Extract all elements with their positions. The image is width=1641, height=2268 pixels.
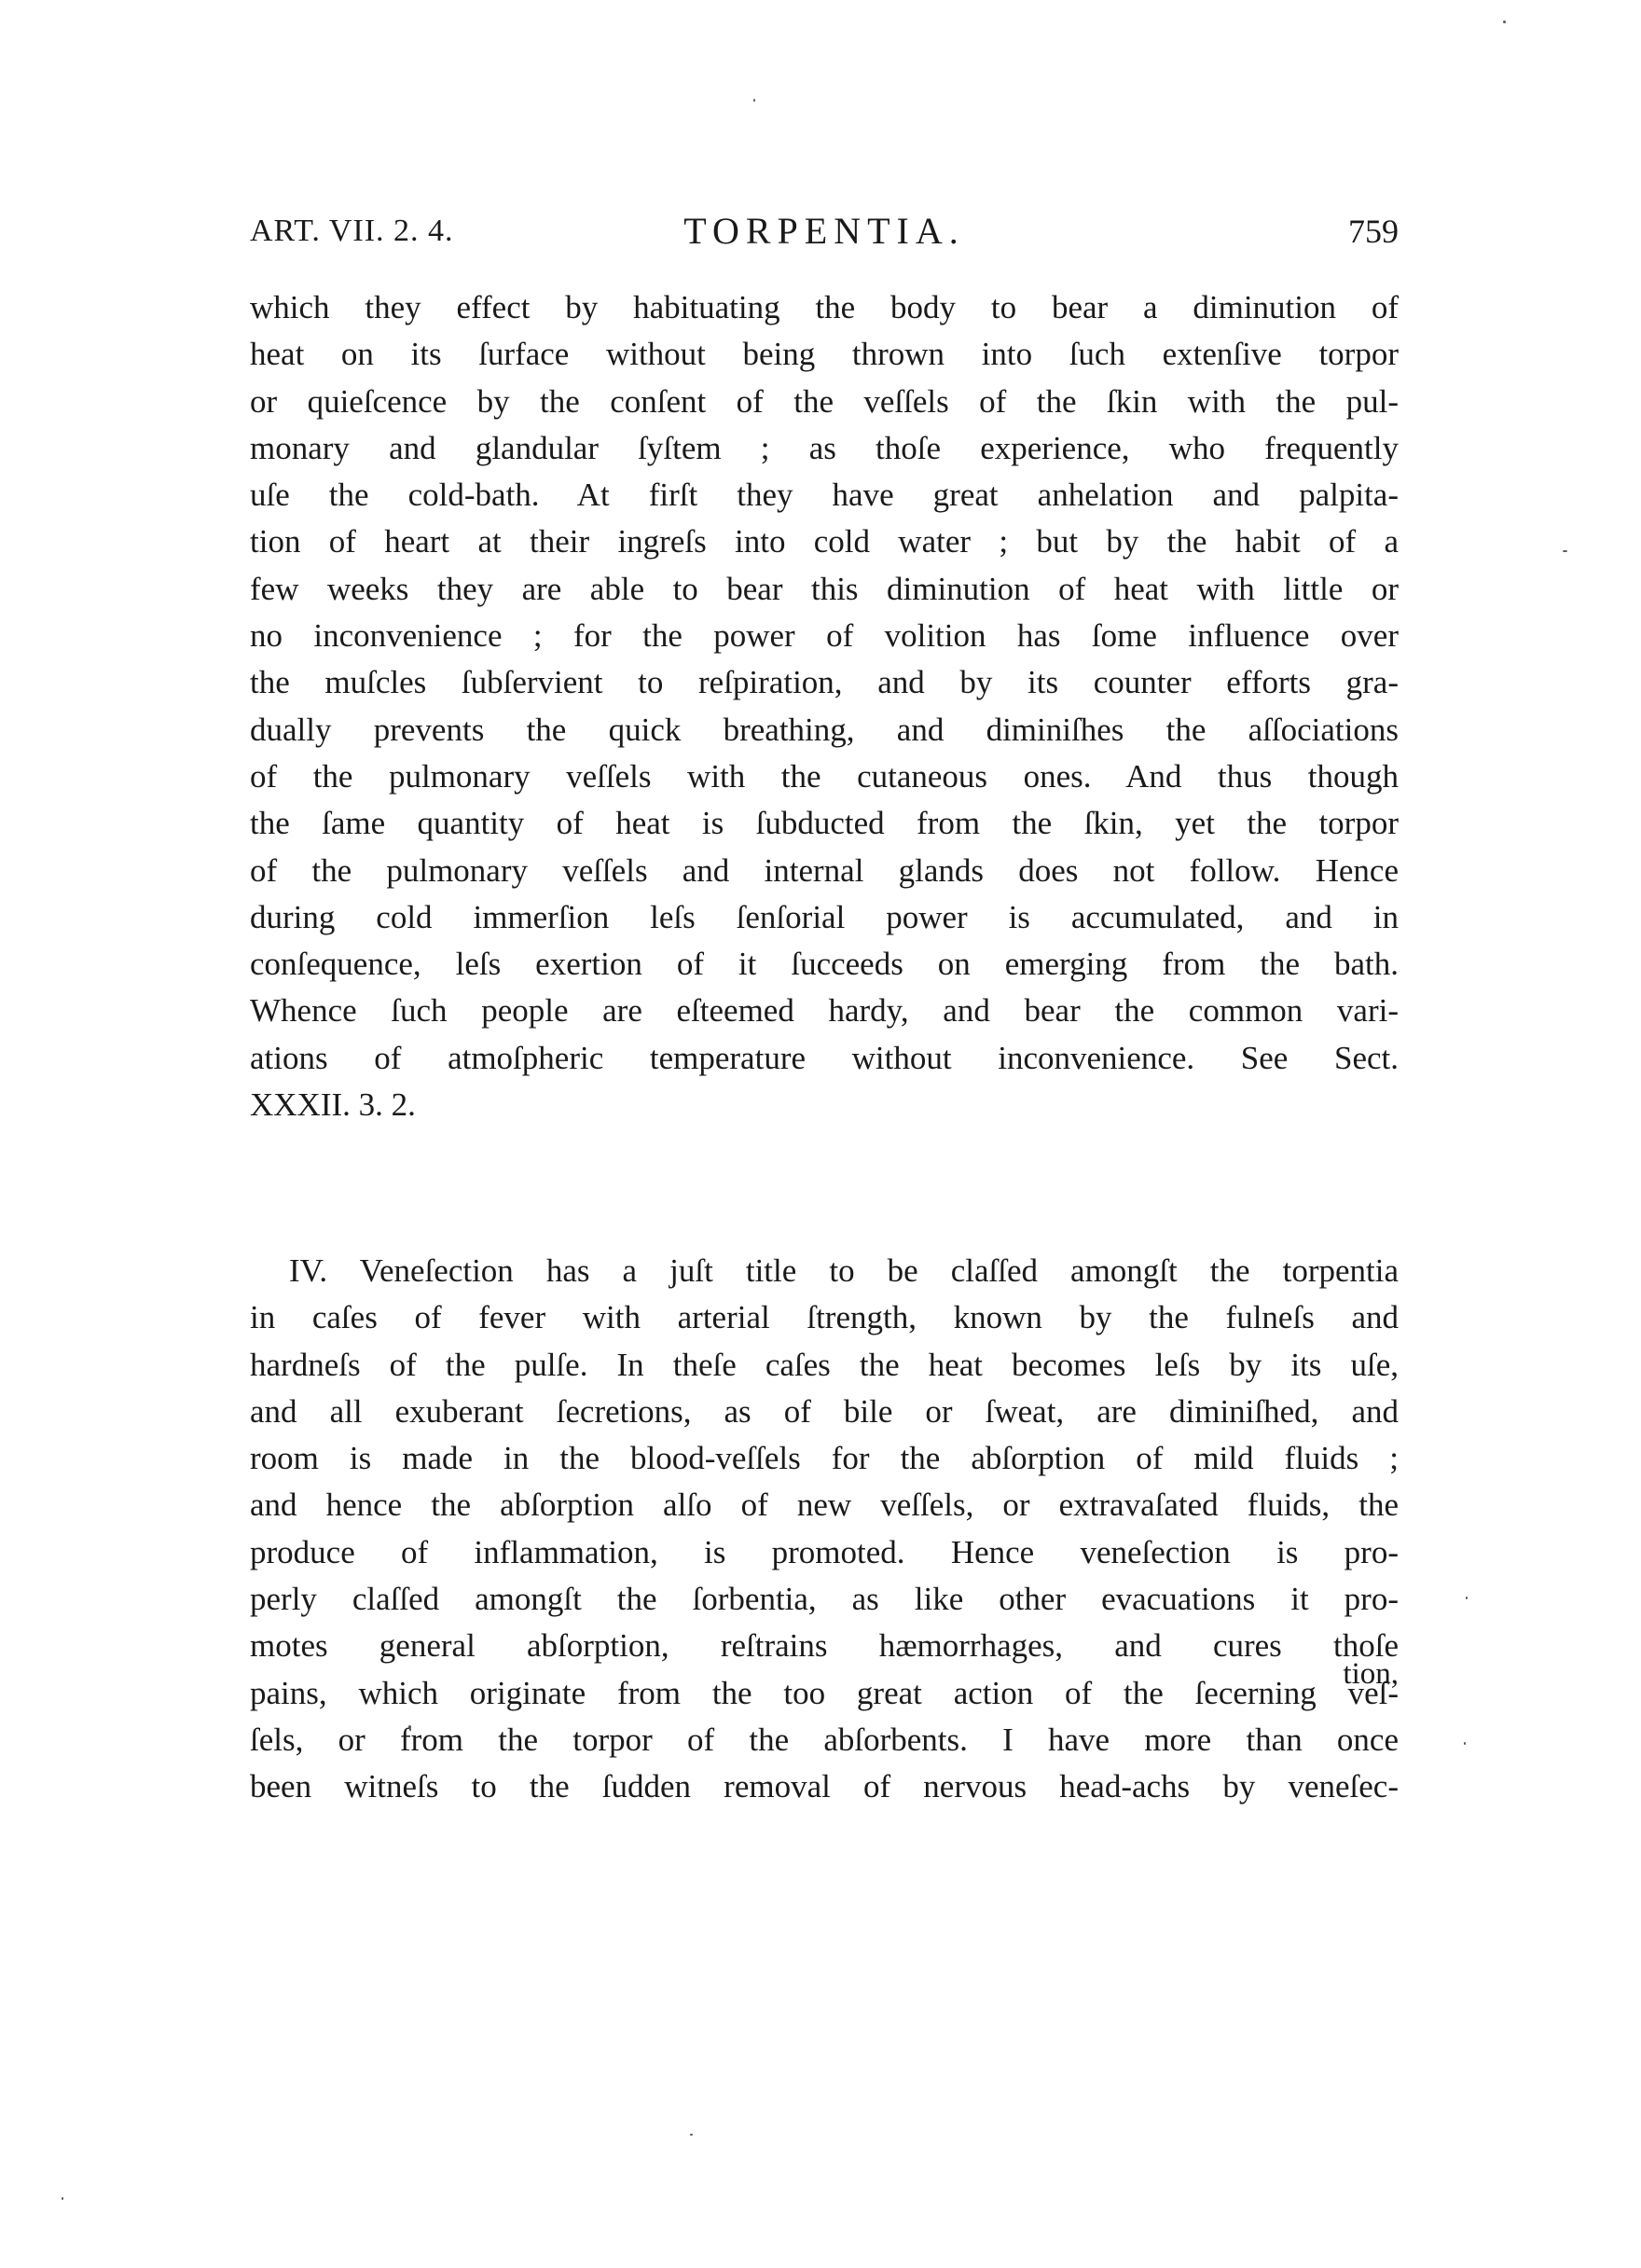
text-line: heat on its ſurface without being thrown… xyxy=(250,331,1399,378)
text-line: conſequence, leſs exertion of it ſucceed… xyxy=(250,941,1399,988)
text-line: perly claſſed amongſt the ſorbentia, as … xyxy=(250,1576,1399,1623)
text-line: monary and glandular ſyſtem ; as thoſe e… xyxy=(250,425,1399,472)
text-line: XXXII. 3. 2. xyxy=(250,1082,1399,1128)
paragraph-continued: which they effect by habituating the bod… xyxy=(250,284,1399,1128)
scan-speck xyxy=(62,2197,63,2200)
text-line: uſe the cold-bath. At firſt they have gr… xyxy=(250,472,1399,519)
text-line: hardneſs of the pulſe. In theſe caſes th… xyxy=(250,1342,1399,1389)
book-page: ART. VII. 2. 4. TORPENTIA. 759 which the… xyxy=(0,0,1641,2268)
text-line: room is made in the blood-veſſels for th… xyxy=(250,1435,1399,1482)
running-head: ART. VII. 2. 4. TORPENTIA. 759 xyxy=(250,205,1399,257)
text-line: ations of atmoſpheric temperature withou… xyxy=(250,1035,1399,1082)
scan-speck xyxy=(1466,1597,1468,1599)
text-line: the ſame quantity of heat is ſubducted f… xyxy=(250,800,1399,847)
scan-speck xyxy=(753,99,755,102)
text-line: or quieſcence by the conſent of the veſſ… xyxy=(250,379,1399,425)
text-line: in caſes of fever with arterial ſtrength… xyxy=(250,1294,1399,1341)
paragraph-iv-venesection: IV. Veneſection has a juſt title to be c… xyxy=(250,1248,1399,1811)
text-line: during cold immerſion leſs ſenſorial pow… xyxy=(250,894,1399,941)
text-line: of the pulmonary veſſels and internal gl… xyxy=(250,848,1399,894)
text-line: Whence ſuch people are eſteemed hardy, a… xyxy=(250,988,1399,1034)
scan-speck xyxy=(690,2134,693,2136)
text-line: dually prevents the quick breathing, and… xyxy=(250,707,1399,754)
text-line: produce of inflammation, is promoted. He… xyxy=(250,1529,1399,1576)
text-line: and hence the abſorption alſo of new veſ… xyxy=(250,1482,1399,1528)
text-line: the muſcles ſubſervient to reſpiration, … xyxy=(250,659,1399,706)
page-number: 759 xyxy=(1348,205,1399,257)
text-line: tion of heart at their ingreſs into cold… xyxy=(250,519,1399,565)
page-title: TORPENTIA. xyxy=(250,205,1399,257)
text-line: motes general abſorption, reſtrains hæmo… xyxy=(250,1623,1399,1669)
scan-speck xyxy=(1464,1742,1466,1745)
text-line: of the pulmonary veſſels with the cutane… xyxy=(250,754,1399,800)
text-line: been witneſs to the ſudden removal of ne… xyxy=(250,1763,1399,1810)
text-line: few weeks they are able to bear this dim… xyxy=(250,566,1399,613)
scan-speck xyxy=(1503,21,1506,23)
text-line: which they effect by habituating the bod… xyxy=(250,284,1399,331)
text-line: and all exuberant ſecretions, as of bile… xyxy=(250,1389,1399,1435)
scan-speck xyxy=(1563,550,1567,552)
text-line: no inconvenience ; for the power of voli… xyxy=(250,613,1399,659)
scan-speck xyxy=(408,1725,411,1729)
text-line: ſels, or from the torpor of the abſorben… xyxy=(250,1717,1399,1763)
text-line: pains, which originate from the too grea… xyxy=(250,1670,1399,1717)
catchword: tion, xyxy=(1343,1651,1399,1697)
text-line: IV. Veneſection has a juſt title to be c… xyxy=(250,1248,1399,1294)
